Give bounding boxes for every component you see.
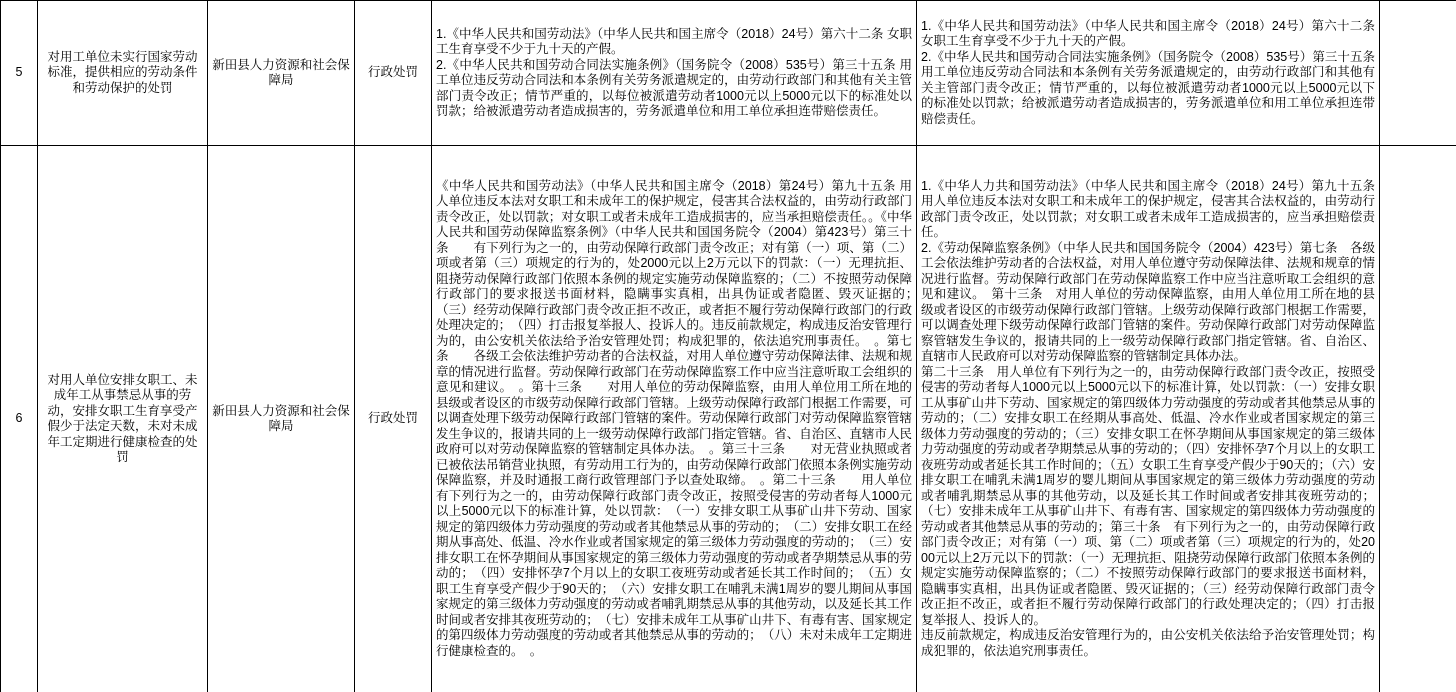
department-cell: 新田县人力资源和社会保障局 (208, 146, 355, 692)
penalty-type-cell: 行政处罚 (355, 146, 432, 692)
seq-cell: 6 (1, 146, 38, 692)
legal-basis-2-cell: 1.《中华人力共和国劳动法》（中华人民共和国主席令（2018）24号）第九十五条… (917, 146, 1380, 692)
table-row: 6 对用人单位安排女职工、未成年工从事禁忌从事的劳动，安排女职工生育享受产假少于… (1, 146, 1456, 692)
empty-cell (1380, 146, 1456, 692)
seq-cell: 5 (1, 1, 38, 146)
legal-basis-cell: 1.《中华人民共和国劳动法》（中华人民共和国主席令（2018）24号）第六十二条… (432, 1, 917, 146)
item-name-cell: 对用工单位未实行国家劳动标准，提供相应的劳动条件和劳动保护的处罚 (38, 1, 208, 146)
table-row: 5 对用工单位未实行国家劳动标准，提供相应的劳动条件和劳动保护的处罚 新田县人力… (1, 1, 1456, 146)
department-cell: 新田县人力资源和社会保障局 (208, 1, 355, 146)
legal-basis-cell: 《中华人民共和国劳动法》（中华人民共和国主席令（2018）第24号）第九十五条 … (432, 146, 917, 692)
penalty-list-table: 5 对用工单位未实行国家劳动标准，提供相应的劳动条件和劳动保护的处罚 新田县人力… (0, 0, 1456, 692)
item-name-cell: 对用人单位安排女职工、未成年工从事禁忌从事的劳动，安排女职工生育享受产假少于法定… (38, 146, 208, 692)
penalty-type-cell: 行政处罚 (355, 1, 432, 146)
legal-basis-2-cell: 1.《中华人民共和国劳动法》（中华人民共和国主席令（2018）24号）第六十二条… (917, 1, 1380, 146)
empty-cell (1380, 1, 1456, 146)
